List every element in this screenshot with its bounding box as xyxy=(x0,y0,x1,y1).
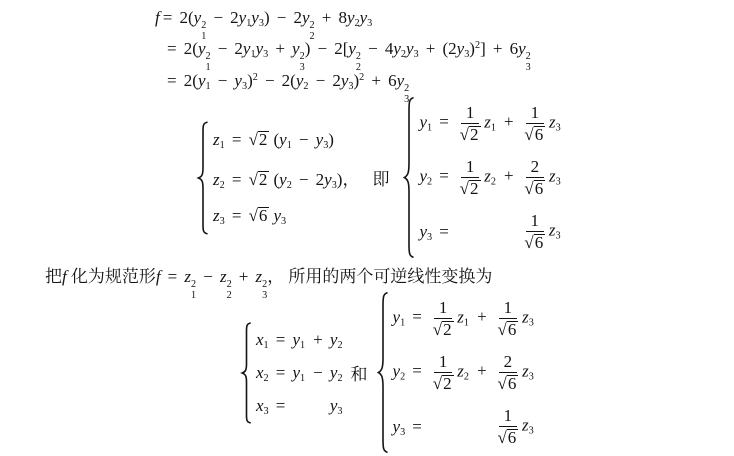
y-in-terms-of-z-system-2: y1=1√2z1 +1√6z3 y2=1√2z2 +2√6z3 y3= 1√6z… xyxy=(376,291,534,454)
x-in-terms-of-y-system: x1=y1 +y2 x2=y1 −y2 x3= y3 xyxy=(240,322,343,424)
equation-lhs: x3= xyxy=(256,389,288,422)
equation-term: −y2 xyxy=(310,356,342,389)
left-brace-icon xyxy=(402,96,416,259)
document-page: f=2(y21−2y1y3)−2y22+8y2y3 =2(y21−2y1y3+y… xyxy=(0,0,734,456)
equation-lhs: x2=y1 xyxy=(256,356,305,389)
equation-row: z1=√2(y1−y3) xyxy=(213,121,359,159)
derivation-line-2: =2(y21−2y1y3+y23)−2[y22−4y2y3+(2y3)2]+6y… xyxy=(164,39,531,74)
left-brace-icon xyxy=(376,291,390,454)
transforms-block: x1=y1 +y2 x2=y1 −y2 x3= y3 和 y1=1√2z1 +1… xyxy=(240,291,534,454)
equation-lhs: y1=1√2z1 xyxy=(393,292,469,346)
y-in-terms-of-z-system: y1=1√2z1 +1√6z3 y2=1√2z2 +2√6z3 y3= 1√6z… xyxy=(402,96,560,259)
connector-and: 和 xyxy=(351,360,368,385)
equation-term: y3 xyxy=(310,389,342,422)
connector-that-is: 即 xyxy=(372,165,389,190)
equation-term: +1√6z3 xyxy=(474,292,534,346)
derivation-line-1: f=2(y21−2y1y3)−2y22+8y2y3 xyxy=(155,8,372,43)
x-system-rows: x1=y1 +y2 x2=y1 −y2 x3= y3 xyxy=(256,323,343,422)
equation-term: 1√6z3 xyxy=(501,205,561,259)
equation-lhs: x1=y1 xyxy=(256,323,305,356)
y-system-rows-2: y1=1√2z1 +1√6z3 y2=1√2z2 +2√6z3 y3= 1√6z… xyxy=(393,292,534,454)
substitution-block: z1=√2(y1−y3) z2=√2(y2−2y3)， z3=√6y3 即 y1… xyxy=(196,96,561,259)
equation-term: +y2 xyxy=(310,323,342,356)
equation-row: z2=√2(y2−2y3)， xyxy=(213,159,359,197)
equation-term: 1√6z3 xyxy=(474,400,534,454)
equation-lhs: y3= xyxy=(393,400,425,454)
equation-row: z3=√6y3 xyxy=(213,197,359,235)
equation-term: +2√6z3 xyxy=(501,151,561,205)
equation-lhs: y3= xyxy=(419,205,451,259)
equation-lhs: y2=1√2z2 xyxy=(393,346,469,400)
equation-term: +1√6z3 xyxy=(501,97,561,151)
left-brace-icon xyxy=(240,322,253,424)
equation-lhs: y1=1√2z1 xyxy=(419,97,495,151)
z-system-rows: z1=√2(y1−y3) z2=√2(y2−2y3)， z3=√6y3 xyxy=(213,121,359,235)
equation-term: +2√6z3 xyxy=(474,346,534,400)
left-brace-icon xyxy=(196,121,210,235)
z-substitution-system: z1=√2(y1−y3) z2=√2(y2−2y3)， z3=√6y3 xyxy=(196,121,359,235)
equation-lhs: y2=1√2z2 xyxy=(419,151,495,205)
y-system-rows: y1=1√2z1 +1√6z3 y2=1√2z2 +2√6z3 y3= 1√6z… xyxy=(419,97,560,259)
